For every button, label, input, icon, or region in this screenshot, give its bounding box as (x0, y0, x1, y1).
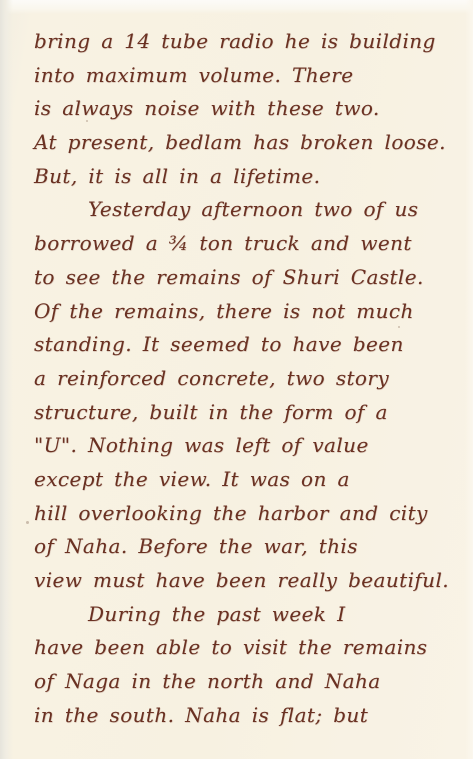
letter-line: hill overlooking the harbor and city (34, 497, 461, 531)
letter-line: into maximum volume. There (34, 59, 461, 93)
letter-line: At present, bedlam has broken loose. (34, 126, 461, 160)
letter-line: have been able to visit the remains (34, 631, 461, 665)
paper-speck (26, 521, 29, 524)
letter-line: borrowed a ¾ ton truck and went (34, 227, 461, 261)
scan-edge-right (465, 0, 473, 759)
letter-line: Of the remains, there is not much (34, 295, 461, 329)
letter-line: a reinforced concrete, two story (34, 362, 461, 396)
letter-body: bring a 14 tube radio he is buildinginto… (34, 25, 461, 732)
letter-line: structure, built in the form of a (34, 396, 461, 430)
letter-line: of Naha. Before the war, this (34, 530, 461, 564)
letter-line: is always noise with these two. (34, 92, 461, 126)
letter-line: standing. It seemed to have been (34, 328, 461, 362)
letter-line: to see the remains of Shuri Castle. (34, 261, 461, 295)
letter-line: "U". Nothing was left of value (34, 429, 461, 463)
letter-line: of Naga in the north and Naha (34, 665, 461, 699)
scan-edge-top (0, 0, 473, 14)
scan-edge-left (0, 0, 13, 759)
letter-line: During the past week I (34, 598, 461, 632)
letter-line: Yesterday afternoon two of us (34, 193, 461, 227)
letter-line: in the south. Naha is flat; but (34, 699, 461, 733)
letter-page: bring a 14 tube radio he is buildinginto… (0, 0, 473, 759)
letter-line: bring a 14 tube radio he is building (34, 25, 461, 59)
letter-line: But, it is all in a lifetime. (34, 160, 461, 194)
letter-line: view must have been really beautiful. (34, 564, 461, 598)
letter-line: except the view. It was on a (34, 463, 461, 497)
